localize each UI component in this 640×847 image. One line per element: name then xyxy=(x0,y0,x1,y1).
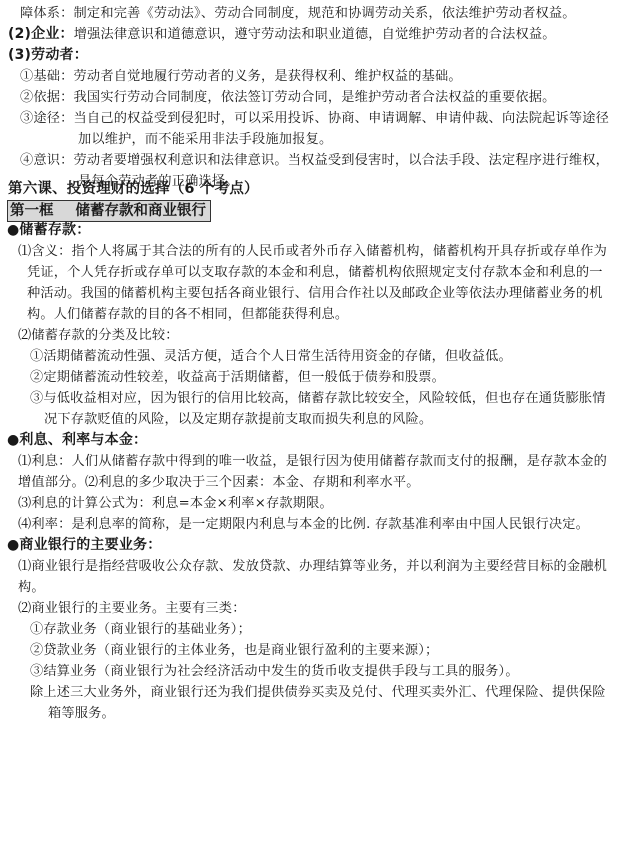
text-line: ⑶利息的计算公式为：利息=本金×利率×存款期限。 xyxy=(18,494,333,513)
text-line: 构。人们储蓄存款的目的各不相同，但都能获得利息。 xyxy=(27,305,348,324)
text-line: (3)劳动者： xyxy=(8,46,88,65)
item-label: (3)劳动者： xyxy=(8,47,88,63)
text-line: ③途径：当自己的权益受到侵犯时，可以采用投诉、协商、申请调解、申请仲裁、向法院起… xyxy=(20,109,609,128)
text-line: 构。 xyxy=(18,578,45,597)
text-line: (2)企业：增强法律意识和道德意识，遵守劳动法和职业道德，自觉维护劳动者的合法权… xyxy=(8,25,556,44)
text-line: 除上述三大业务外，商业银行还为我们提供债券买卖及兑付、代理买卖外汇、代理保险、提… xyxy=(30,683,606,702)
topic-heading: ●储蓄存款： xyxy=(7,221,90,240)
text-line: ④意识：劳动者要增强权利意识和法律意识。当权益受到侵害时，以合法手段、法定程序进… xyxy=(20,151,609,170)
text-line: ①基础：劳动者自觉地履行劳动者的义务，是获得权利、维护权益的基础。 xyxy=(20,67,462,86)
section-header-1: 第一框储蓄存款和商业银行 xyxy=(7,200,211,222)
text-line: 况下存款贬值的风险，以及定期存款提前支取而损失利息的风险。 xyxy=(44,410,432,429)
lesson-title: 第六课、投资理财的选择（6 个考点） xyxy=(8,180,259,199)
text-line: 种活动。我国的储蓄机构主要包括各商业银行、信用合作社以及邮政企业等依法办理储蓄业… xyxy=(27,284,603,303)
text-line: 增值部分。⑵利息的多少取决于三个因素：本金、存期和利率水平。 xyxy=(18,473,420,492)
text-line: ⑷利率：是利息率的简称，是一定期限内利息与本金的比例. 存款基准利率由中国人民银… xyxy=(18,515,589,534)
text-line: 箱等服务。 xyxy=(48,704,115,723)
text-line: ②贷款业务（商业银行的主体业务，也是商业银行盈利的主要来源）； xyxy=(30,641,438,660)
item-label: (2)企业： xyxy=(8,26,74,42)
text-line: 凭证，个人凭存折或存单可以支取存款的本金和利息，储蓄机构依照规定支付存款本金和利… xyxy=(27,263,603,282)
text-line: 加以维护，而不能采用非法手段施加报复。 xyxy=(78,130,332,149)
topic-heading: ●利息、利率与本金： xyxy=(7,431,147,450)
text-line: ②定期储蓄流动性较差，收益高于活期储蓄，但一般低于债券和股票。 xyxy=(30,368,445,387)
text-line: ⑵储蓄存款的分类及比较： xyxy=(18,326,179,345)
text-line: ⑴利息：人们从储蓄存款中得到的唯一收益，是银行因为使用储蓄存款而支付的报酬，是存… xyxy=(18,452,607,471)
text-line: ③结算业务（商业银行为社会经济活动中发生的货币收支提供手段与工具的服务）。 xyxy=(30,662,519,681)
text-line: 障体系：制定和完善《劳动法》、劳动合同制度，规范和协调劳动关系，依法维护劳动者权… xyxy=(20,4,576,23)
topic-heading: ●商业银行的主要业务： xyxy=(7,536,161,555)
text-line: ①活期储蓄流动性强、灵活方便，适合个人日常生活待用资金的存储，但收益低。 xyxy=(30,347,512,366)
text-line: ⑴商业银行是指经营吸收公众存款、发放贷款、办理结算等业务，并以利润为主要经营目标… xyxy=(18,557,607,576)
text-line: ①存款业务（商业银行的基础业务）； xyxy=(30,620,251,639)
text-line: ⑴含义：指个人将属于其合法的所有的人民币或者外币存入储蓄机构，储蓄机构开具存折或… xyxy=(18,242,607,261)
text-line: ③与低收益相对应，因为银行的信用比较高，储蓄存款比较安全，风险较低，但也存在通货… xyxy=(30,389,606,408)
text-line: ⑵商业银行的主要业务。主要有三类： xyxy=(18,599,246,618)
text-line: ②依据：我国实行劳动合同制度，依法签订劳动合同，是维护劳动者合法权益的重要依据。 xyxy=(20,88,556,107)
